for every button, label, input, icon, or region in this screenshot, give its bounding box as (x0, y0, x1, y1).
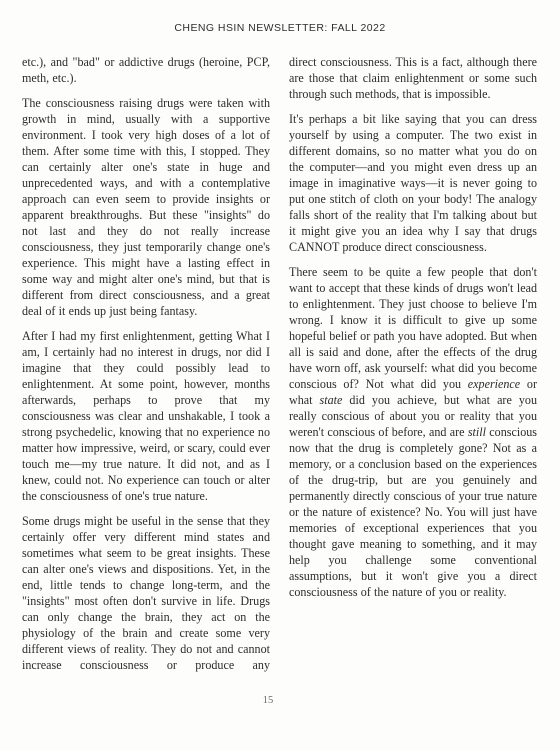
paragraph: etc.), and "bad" or addictive drugs (her… (22, 54, 270, 86)
article-columns: etc.), and "bad" or addictive drugs (her… (22, 54, 537, 682)
paragraph: After I had my first enlightenment, gett… (22, 328, 270, 504)
column-right: direct consciousness. This is a fact, al… (289, 54, 537, 682)
paragraph: There seem to be quite a few people that… (289, 264, 537, 600)
column-left: etc.), and "bad" or addictive drugs (her… (22, 54, 270, 682)
paragraph: It's perhaps a bit like saying that you … (289, 111, 537, 255)
page-number: 15 (0, 695, 536, 706)
paragraph: direct consciousness. This is a fact, al… (289, 54, 537, 102)
newsletter-header-title: CHENG HSIN NEWSLETTER: FALL 2022 (0, 22, 560, 34)
paragraph: Some drugs might be useful in the sense … (22, 513, 270, 673)
newsletter-page: CHENG HSIN NEWSLETTER: FALL 2022 etc.), … (0, 0, 560, 750)
paragraph: The consciousness raising drugs were tak… (22, 95, 270, 319)
